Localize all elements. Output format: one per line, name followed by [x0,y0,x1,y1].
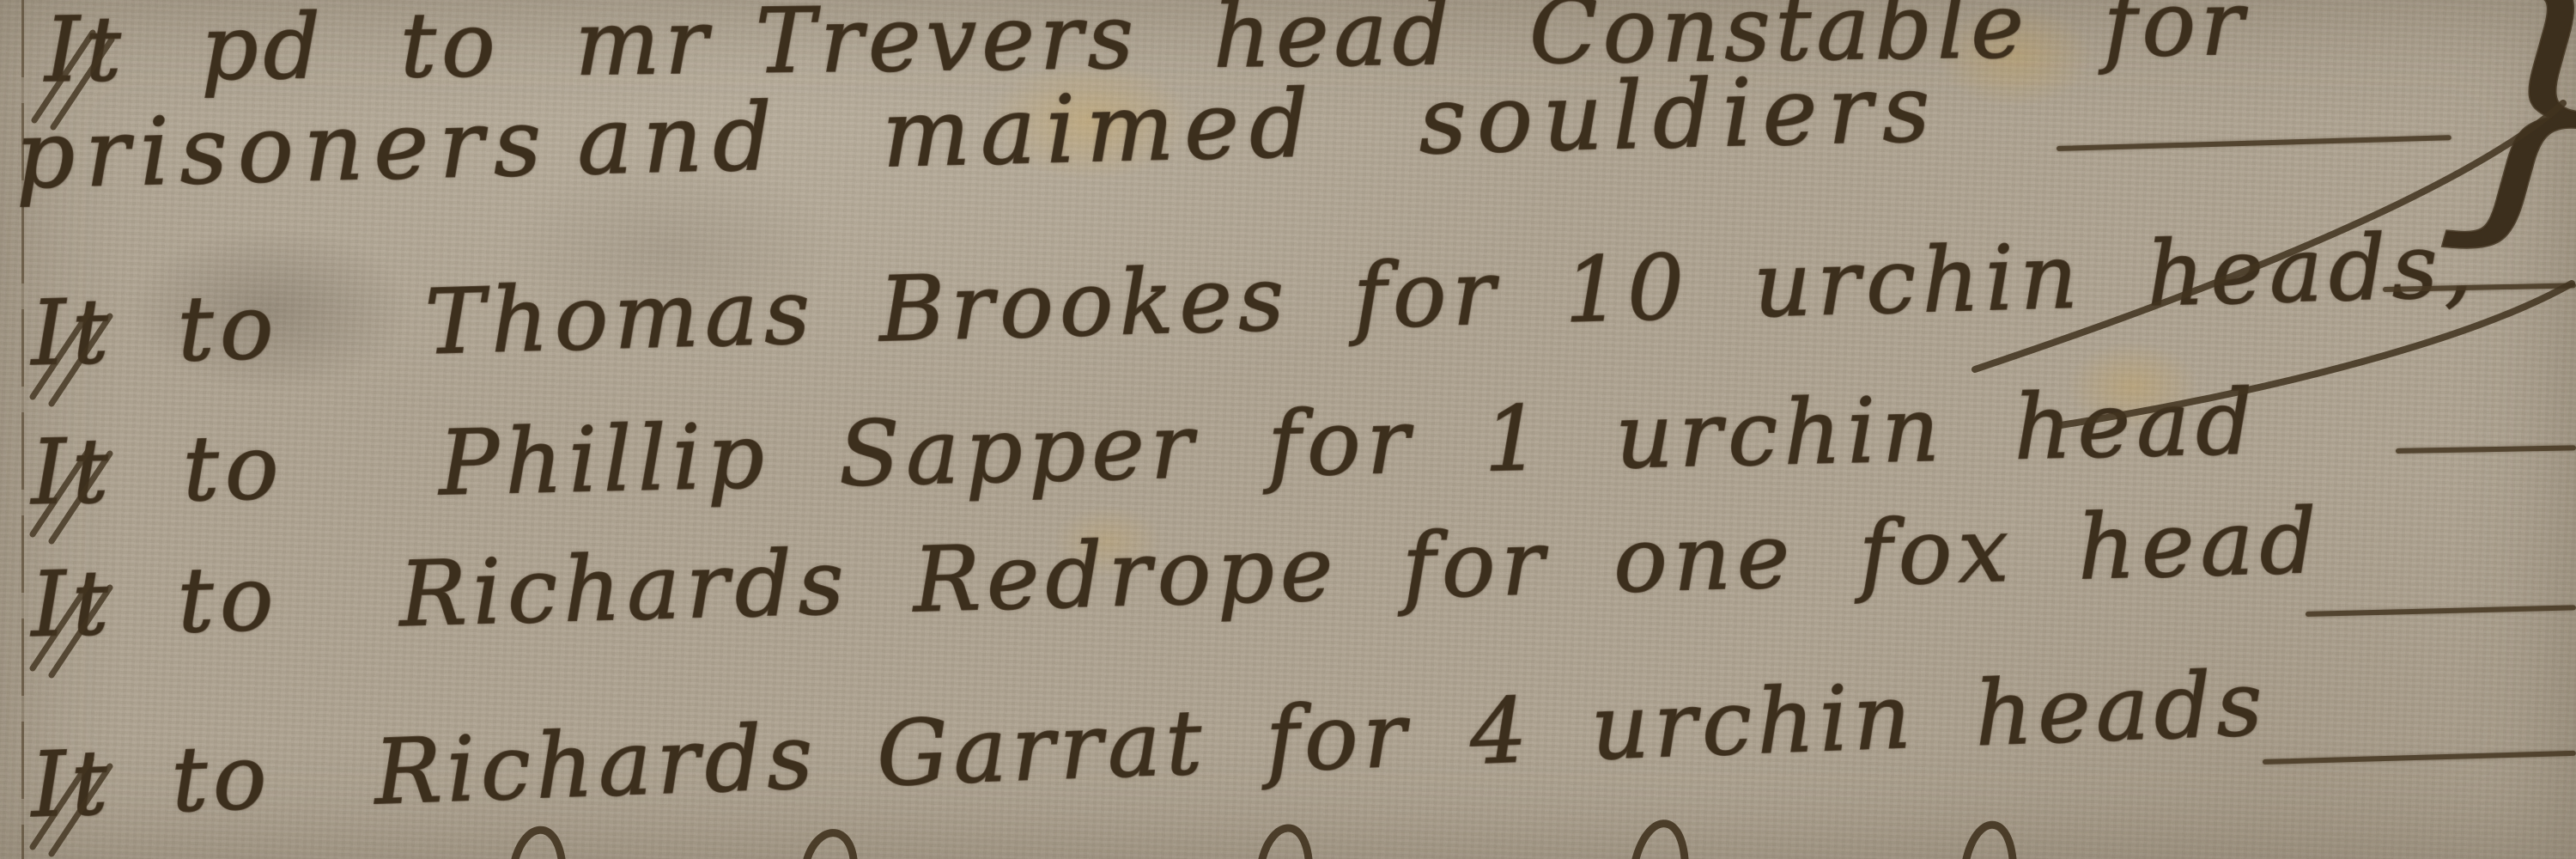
entry-line-3: It toThomas Brookes for 10 urchin heads, [30,220,2480,378]
entry-lead: It to [29,274,281,386]
entry-body: Phillip Sapper for 1 urchin head [438,377,2260,508]
entry-lead: It to [30,414,286,525]
entry-sum-rule [2306,605,2576,617]
entry-lead: It to [29,545,281,657]
entry-line-4: It toPhillip Sapper for 1 urchin head [30,377,2260,517]
entry-body: Richards Redrope for one fox head [398,496,2324,639]
entry-body: Thomas Brookes for 10 urchin heads, [424,220,2479,367]
entry-sum-rule [2396,445,2576,454]
partial-line-strokes [515,824,2013,859]
entry-line-6: It toRichards Garrat for 4 urchin heads [29,659,2269,830]
entry-sum-rule [2057,135,2451,151]
manuscript-page: It pd to mrTrevers head Constable for pr… [0,0,2576,859]
entry-line-5: It toRichards Redrope for one fox head [30,496,2324,649]
entry-lead: It to [29,724,274,838]
entry-lead: prisoners [14,89,552,210]
sum-brace-glyph: } [2433,0,2576,259]
entry-body: Richards Garrat for 4 urchin heads [373,659,2269,818]
entry-sum-rule [2263,751,2576,765]
